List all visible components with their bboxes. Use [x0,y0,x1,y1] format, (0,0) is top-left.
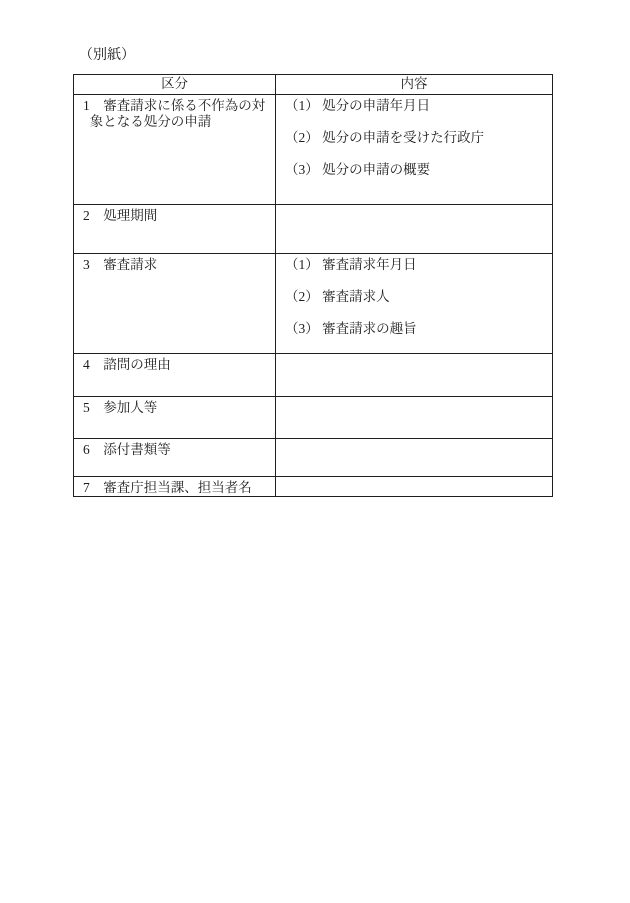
column-header-category: 区分 [74,75,276,95]
table-row: 1 審査請求に係る不作為の対 象となる処分の申請 （1） 処分の申請年月日 （2… [74,95,553,205]
content-item: （2） 審査請求人 [285,289,548,305]
content-cell [276,439,553,477]
category-cell: 3 審査請求 [74,254,276,354]
table-row: 7 審査庁担当課、担当者名 [74,477,553,497]
content-item: （1） 処分の申請年月日 [285,98,548,114]
content-item: （1） 審査請求年月日 [285,257,548,273]
table-row: 6 添付書類等 [74,439,553,477]
category-content-table: 区分 内容 1 審査請求に係る不作為の対 象となる処分の申請 （1） 処分の申請… [73,74,553,497]
content-cell [276,205,553,254]
category-cell: 5 参加人等 [74,397,276,439]
content-item: （3） 審査請求の趣旨 [285,321,548,337]
content-cell: （1） 審査請求年月日 （2） 審査請求人 （3） 審査請求の趣旨 [276,254,553,354]
table-row: 2 処理期間 [74,205,553,254]
category-cell: 4 諮問の理由 [74,354,276,397]
category-cell: 6 添付書類等 [74,439,276,477]
content-item: （3） 処分の申請の概要 [285,162,548,178]
content-cell [276,477,553,497]
content-cell [276,397,553,439]
column-header-content: 内容 [276,75,553,95]
content-item: （2） 処分の申請を受けた行政庁 [285,130,548,146]
category-cell: 1 審査請求に係る不作為の対 象となる処分の申請 [74,95,276,205]
table-row: 5 参加人等 [74,397,553,439]
table-header-row: 区分 内容 [74,75,553,95]
table-row: 4 諮問の理由 [74,354,553,397]
content-cell: （1） 処分の申請年月日 （2） 処分の申請を受けた行政庁 （3） 処分の申請の… [276,95,553,205]
category-cell: 7 審査庁担当課、担当者名 [74,477,276,497]
table-row: 3 審査請求 （1） 審査請求年月日 （2） 審査請求人 （3） 審査請求の趣旨 [74,254,553,354]
content-cell [276,354,553,397]
attachment-label: （別紙） [79,47,135,65]
category-cell: 2 処理期間 [74,205,276,254]
document-page: （別紙） 区分 内容 1 審査請求に係る不作為の対 象となる処分の申請 （1） … [0,0,630,903]
